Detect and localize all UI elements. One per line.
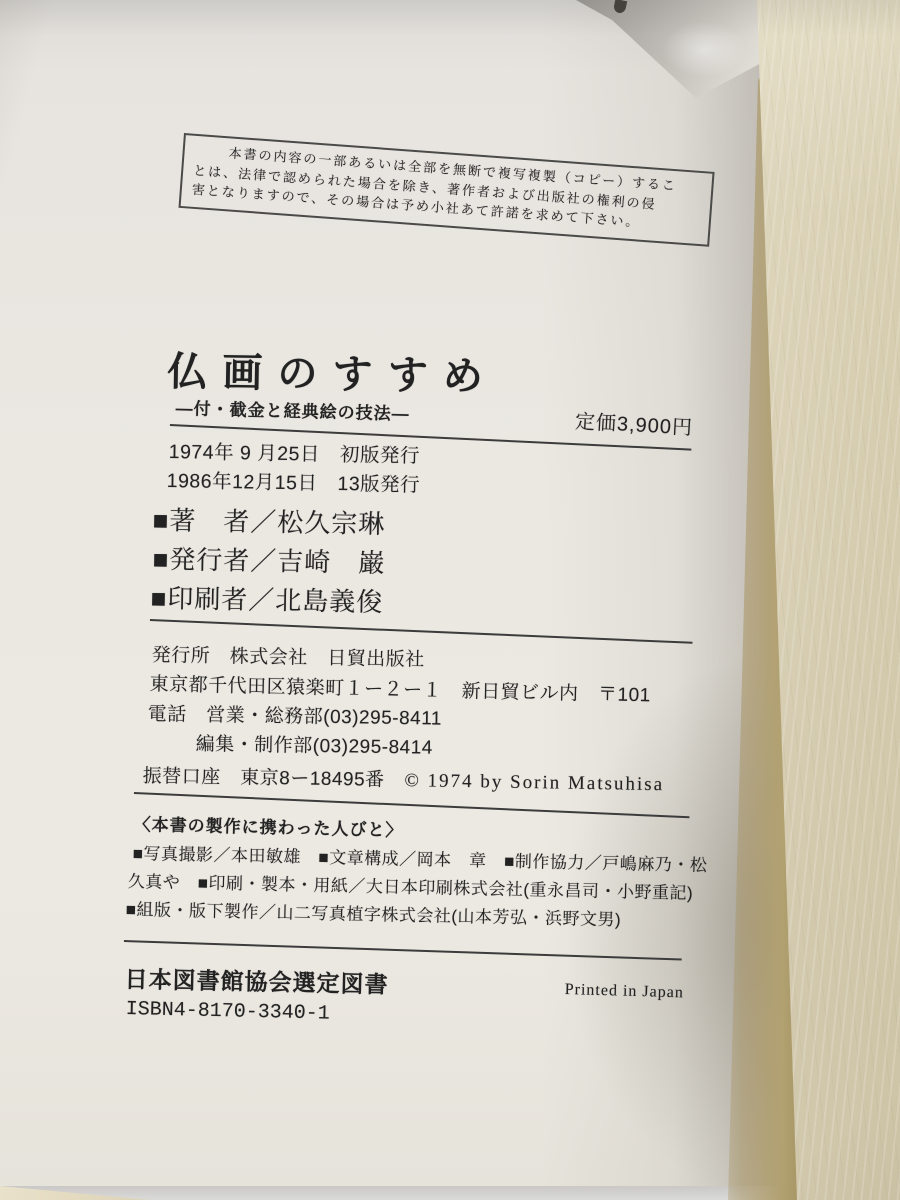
first-edition-date: 1974年 9 月25日 初版発行: [169, 436, 421, 468]
book-title: 仏画のすすめ: [167, 340, 498, 402]
author-line: ■著 者／松久宗琳: [152, 500, 385, 541]
printer-line: ■印刷者／北島義俊: [150, 578, 383, 619]
publisher-line: ■発行者／吉崎 巌: [152, 539, 385, 580]
thirteenth-edition-date: 1986年12月15日 13版発行: [167, 465, 421, 497]
isbn-number: ISBN4-8170-3340-1: [125, 998, 330, 1026]
printed-in-japan: Printed in Japan: [564, 981, 684, 1002]
book-colophon-photo: 本書の内容の一部あるいは全部を無断で複写複製（コピー）するこ とは、法律で認めら…: [0, 0, 900, 1200]
copyright-credit: © 1974 by Sorin Matsuhisa: [404, 770, 664, 795]
library-association-selection: 日本図書館協会選定図書: [124, 961, 389, 1000]
phone-editorial-line: 編集・制作部(03)295-8414: [196, 729, 433, 760]
postal-account-number: 振替口座 東京8ー18495番: [143, 766, 385, 791]
phone-sales-line: 電話 営業・総務部(03)295-8411: [148, 699, 443, 731]
publishing-house-line: 発行所 株式会社 日貿出版社: [152, 640, 425, 672]
